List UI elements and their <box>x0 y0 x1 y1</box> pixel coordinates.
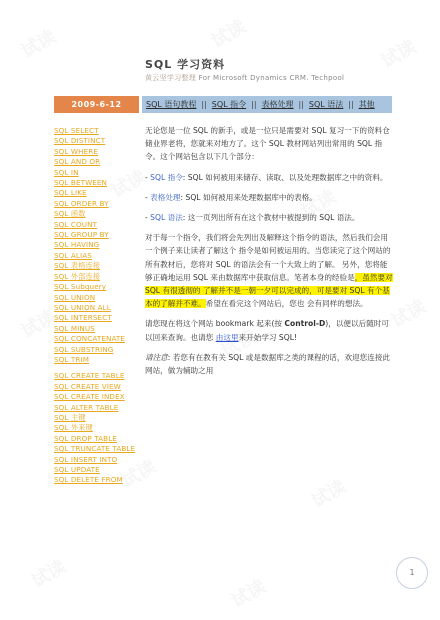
sidebar: SQL SELECT SQL DISTINCT SQL WHERE SQL AN… <box>54 126 139 486</box>
sidebar-link-foreign-key[interactable]: SQL 外来键 <box>54 423 139 433</box>
page-title: SQL 学习资料 <box>145 56 225 72</box>
sidebar-link-alias[interactable]: SQL ALIAS <box>54 251 139 261</box>
bookmark-paragraph: 请您现在将这个网站 bookmark 起来(按 Control-D)，以便以后随… <box>145 317 393 343</box>
paragraph-text: 希望在看完这个网站后，您也 会有同样的想法。 <box>206 299 368 308</box>
sidebar-link-having[interactable]: SQL HAVING <box>54 240 139 250</box>
sidebar-link-truncate-table[interactable]: SQL TRUNCATE TABLE <box>54 444 139 454</box>
sidebar-link-create-index[interactable]: SQL CREATE INDEX <box>54 392 139 402</box>
page-number: 1 <box>409 568 414 577</box>
paragraph-text: 对于每一个指令，我们将会先列出及解释这个指令的语法，然后我们会用一个例子来让读者… <box>145 233 390 282</box>
sidebar-link-outer-join[interactable]: SQL 外部连接 <box>54 272 139 282</box>
section-item-syntax: - SQL 语法: 这一页列出所有在这个教材中被提到的 SQL 语法。 <box>145 211 393 224</box>
watermark: 试读 <box>306 473 350 514</box>
term-sql-commands: SQL 指令 <box>150 173 183 182</box>
nav-table-handling[interactable]: 表格处理 <box>262 100 294 109</box>
sidebar-link-functions[interactable]: SQL 函数 <box>54 209 139 219</box>
sidebar-link-minus[interactable]: SQL MINUS <box>54 324 139 334</box>
sidebar-link-union-all[interactable]: SQL UNION ALL <box>54 303 139 313</box>
sidebar-link-update[interactable]: SQL UPDATE <box>54 465 139 475</box>
paragraph-text: 来开始学习 SQL! <box>239 333 297 342</box>
explanation-paragraph: 对于每一个指令，我们将会先列出及解释这个指令的语法，然后我们会用一个例子来让读者… <box>145 231 393 310</box>
watermark: 试读 <box>206 13 250 54</box>
paragraph-text: 请您现在将这个网站 bookmark 起来(按 <box>145 319 284 328</box>
top-nav: SQL 语句教程||SQL 指令||表格处理||SQL 语法||其他 <box>142 96 392 113</box>
sidebar-link-create-view[interactable]: SQL CREATE VIEW <box>54 382 139 392</box>
watermark: 试读 <box>226 573 270 614</box>
term-table-handling: 表格处理 <box>150 193 180 202</box>
sidebar-link-select[interactable]: SQL SELECT <box>54 126 139 136</box>
sidebar-link-order-by[interactable]: SQL ORDER BY <box>54 199 139 209</box>
term-description: : 这一页列出所有在这个教材中被提到的 SQL 语法。 <box>183 213 360 222</box>
nav-separator: || <box>299 100 304 109</box>
sidebar-link-primary-key[interactable]: SQL 主键 <box>54 413 139 423</box>
sidebar-link-substring[interactable]: SQL SUBSTRING <box>54 345 139 355</box>
sidebar-link-where[interactable]: SQL WHERE <box>54 147 139 157</box>
main-content: 无论您是一位 SQL 的新手，或是一位只是需要对 SQL 复习一下的资料仓储业界… <box>145 124 393 384</box>
subtitle-source: For Microsoft Dynamics CRM. Techpool <box>199 74 345 82</box>
sidebar-link-concatenate[interactable]: SQL CONCATENATE <box>54 334 139 344</box>
intro-paragraph: 无论您是一位 SQL 的新手，或是一位只是需要对 SQL 复习一下的资料仓储业界… <box>145 124 393 164</box>
term-sql-syntax: SQL 语法 <box>150 213 183 222</box>
term-description: : SQL 如何被用来处理数据库中的表格。 <box>181 193 317 202</box>
nav-separator: || <box>201 100 206 109</box>
section-item-commands: - SQL 指令: SQL 如何被用来储存、读取、以及处理数据库之中的资料。 <box>145 171 393 184</box>
nav-other[interactable]: 其他 <box>359 100 375 109</box>
page-number-badge: 1 <box>396 557 428 589</box>
nav-sql-syntax[interactable]: SQL 语法 <box>309 100 343 109</box>
nav-sql-tutorial[interactable]: SQL 语句教程 <box>146 100 196 109</box>
sidebar-link-alter-table[interactable]: SQL ALTER TABLE <box>54 403 139 413</box>
sidebar-link-group-by[interactable]: SQL GROUP BY <box>54 230 139 240</box>
sidebar-link-like[interactable]: SQL LIKE <box>54 188 139 198</box>
sidebar-link-between[interactable]: SQL BETWEEN <box>54 178 139 188</box>
note-paragraph: 请注意: 若您有在教有关 SQL 或是数据库之类的课程的话，欢迎您连接此网站，做… <box>145 351 393 377</box>
date-bar: 2009-6-12 <box>54 96 139 113</box>
paragraph-text: : 若您有在教有关 SQL 或是数据库之类的课程的话，欢迎您连接此网站，做为辅助… <box>145 353 390 375</box>
term-description: : SQL 如何被用来储存、读取、以及处理数据库之中的资料。 <box>183 173 388 182</box>
sidebar-link-intersect[interactable]: SQL INTERSECT <box>54 313 139 323</box>
sidebar-link-and-or[interactable]: SQL AND OR <box>54 157 139 167</box>
sidebar-link-distinct[interactable]: SQL DISTINCT <box>54 136 139 146</box>
sidebar-link-in[interactable]: SQL IN <box>54 168 139 178</box>
page-subtitle: 黄云坚学习整理 For Microsoft Dynamics CRM. Tech… <box>145 73 344 83</box>
sidebar-link-join[interactable]: SQL 表格连接 <box>54 261 139 271</box>
shortcut-text: Control-D <box>284 319 325 328</box>
sidebar-link-insert-into[interactable]: SQL INSERT INTO <box>54 455 139 465</box>
nav-separator: || <box>251 100 256 109</box>
sidebar-link-union[interactable]: SQL UNION <box>54 293 139 303</box>
sidebar-link-subquery[interactable]: SQL Subquery <box>54 282 139 292</box>
section-item-tables: - 表格处理: SQL 如何被用来处理数据库中的表格。 <box>145 191 393 204</box>
note-label: 请注意 <box>145 353 168 362</box>
sidebar-link-count[interactable]: SQL COUNT <box>54 220 139 230</box>
start-here-link[interactable]: 由这里 <box>216 333 239 342</box>
subtitle-author: 黄云坚学习整理 <box>145 74 196 82</box>
sidebar-link-create-table[interactable]: SQL CREATE TABLE <box>54 371 139 381</box>
watermark: 试读 <box>26 553 70 594</box>
sidebar-link-trim[interactable]: SQL TRIM <box>54 355 139 365</box>
watermark: 试读 <box>376 33 420 74</box>
watermark: 试读 <box>16 23 60 64</box>
nav-sql-commands[interactable]: SQL 指令 <box>212 100 246 109</box>
sidebar-link-delete-from[interactable]: SQL DELETE FROM <box>54 475 139 485</box>
nav-separator: || <box>348 100 353 109</box>
date-label: 2009-6-12 <box>71 100 121 109</box>
sidebar-link-drop-table[interactable]: SQL DROP TABLE <box>54 434 139 444</box>
